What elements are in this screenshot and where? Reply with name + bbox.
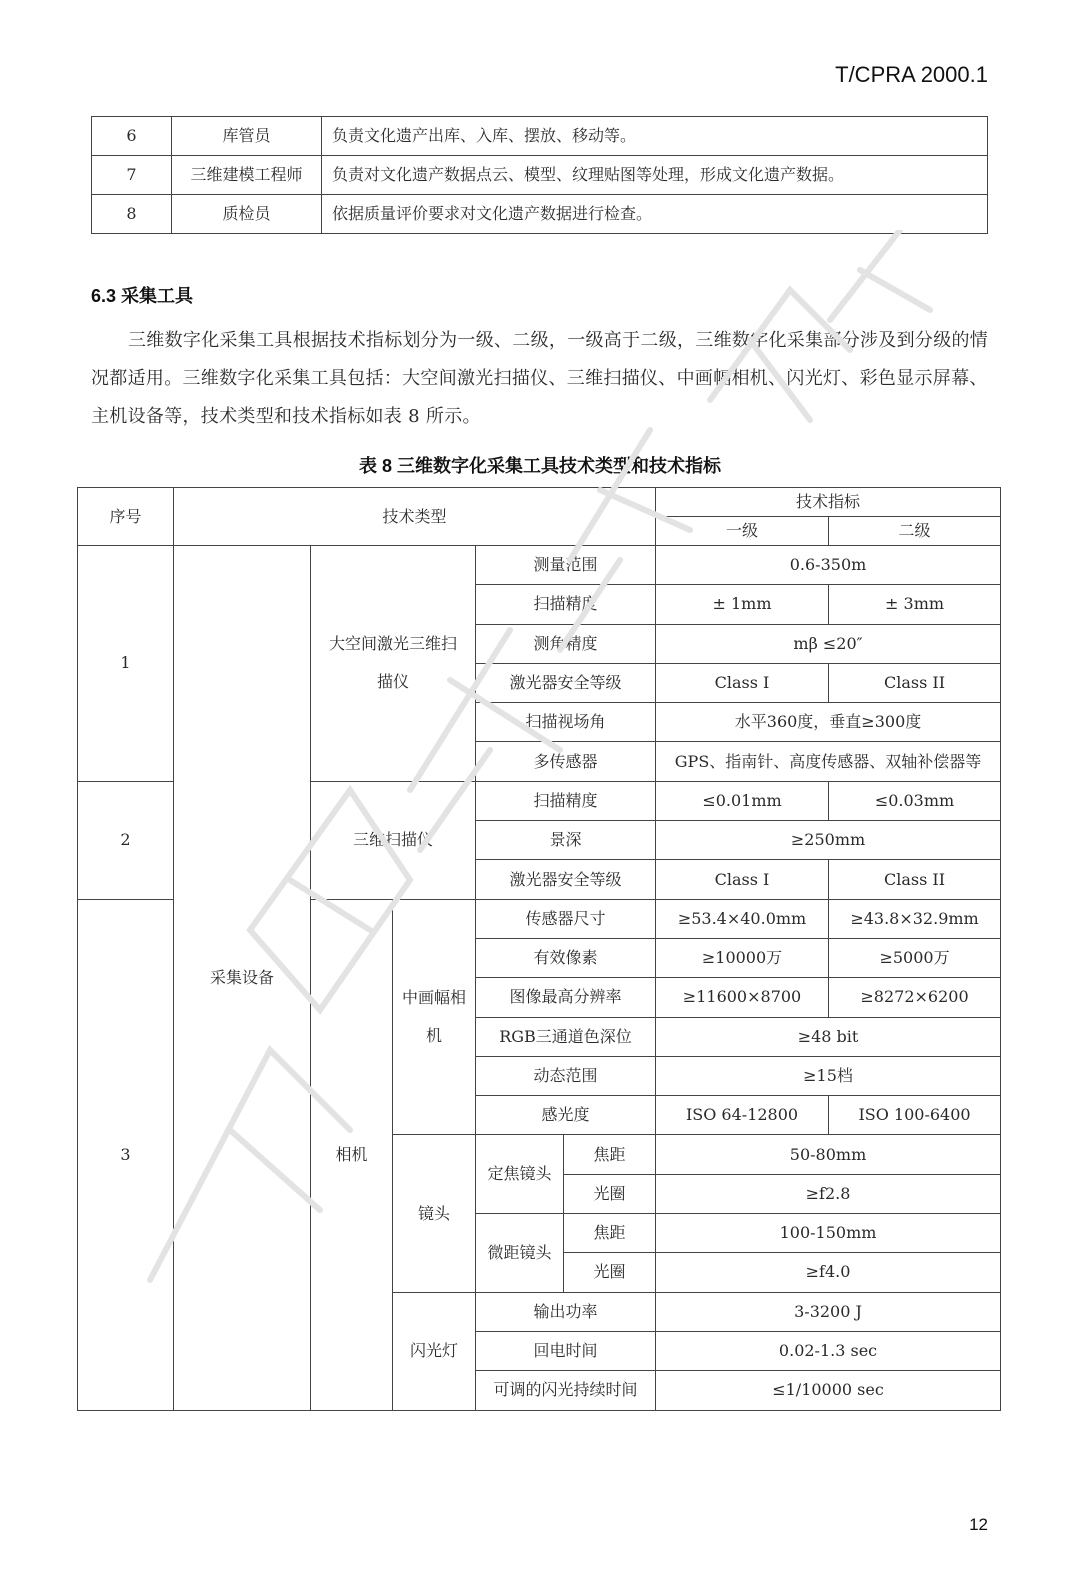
value-level1: ISO 64-12800: [656, 1096, 829, 1135]
item-label: 激光器安全等级: [476, 860, 656, 899]
value-merged: 50-80mm: [656, 1135, 1001, 1174]
spec-table: 序号 技术类型 技术指标 一级 二级 1 采集设备 大空间激光三维扫描仪 测量范…: [77, 487, 1001, 1411]
item-label: 传感器尺寸: [476, 899, 656, 938]
page-number: 12: [969, 1515, 988, 1535]
value-level1: ± 1mm: [656, 585, 829, 624]
value-level2: ≥8272×6200: [829, 978, 1001, 1017]
value-merged: 100-150mm: [656, 1214, 1001, 1253]
header-no: 序号: [78, 488, 174, 546]
table-row: 8 质检员 依据质量评价要求对文化遗产数据进行检查。: [92, 195, 988, 234]
table-caption: 表 8 三维数字化采集工具技术类型和技术指标: [0, 452, 1080, 478]
item-label: RGB三通道色深位: [476, 1017, 656, 1056]
group-number: 1: [78, 546, 174, 782]
value-merged: ≥f2.8: [656, 1174, 1001, 1213]
role-description: 负责对文化遗产数据点云、模型、纹理贴图等处理，形成文化遗产数据。: [322, 156, 988, 195]
item-label: 焦距: [564, 1135, 656, 1174]
value-level1: Class Ⅰ: [656, 860, 829, 899]
value-level1: ≥11600×8700: [656, 978, 829, 1017]
table-row: 1 采集设备 大空间激光三维扫描仪 测量范围 0.6-350m: [78, 546, 1001, 585]
item-label: 扫描精度: [476, 781, 656, 820]
value-level2: ≥5000万: [829, 938, 1001, 977]
subgroup-camera: 中画幅相机: [393, 899, 476, 1135]
value-level2: Class II: [829, 663, 1001, 702]
value-level1: ≥10000万: [656, 938, 829, 977]
header-type: 技术类型: [174, 488, 656, 546]
header-indicator: 技术指标: [656, 488, 1001, 517]
value-merged: GPS、指南针、高度传感器、双轴补偿器等: [656, 742, 1001, 781]
item-label: 焦距: [564, 1214, 656, 1253]
value-merged: 水平360度，垂直≥300度: [656, 703, 1001, 742]
role-name: 库管员: [172, 117, 322, 156]
value-level2: ± 3mm: [829, 585, 1001, 624]
value-merged: 3-3200 J: [656, 1292, 1001, 1331]
table-row: 6 库管员 负责文化遗产出库、入库、摆放、移动等。: [92, 117, 988, 156]
table-row: 7 三维建模工程师 负责对文化遗产数据点云、模型、纹理贴图等处理，形成文化遗产数…: [92, 156, 988, 195]
value-level2: ≤0.03mm: [829, 781, 1001, 820]
subgroup-flash: 闪光灯: [393, 1292, 476, 1410]
subgroup-lens: 镜头: [393, 1135, 476, 1292]
header-level2: 二级: [829, 517, 1001, 546]
item-label: 动态范围: [476, 1056, 656, 1095]
role-name: 质检员: [172, 195, 322, 234]
roles-table: 6 库管员 负责文化遗产出库、入库、摆放、移动等。 7 三维建模工程师 负责对文…: [91, 116, 988, 234]
category-label: 采集设备: [174, 546, 311, 1411]
item-label: 光圈: [564, 1253, 656, 1292]
lens-fixed-label: 定焦镜头: [476, 1135, 564, 1214]
item-label: 扫描精度: [476, 585, 656, 624]
value-level1: ≥53.4×40.0mm: [656, 899, 829, 938]
value-merged: 0.02-1.3 sec: [656, 1331, 1001, 1370]
value-level2: ≥43.8×32.9mm: [829, 899, 1001, 938]
value-merged: ≤1/10000 sec: [656, 1371, 1001, 1410]
value-level2: ISO 100-6400: [829, 1096, 1001, 1135]
document-code: T/CPRA 2000.1: [835, 62, 988, 88]
value-merged: ≥48 bit: [656, 1017, 1001, 1056]
value-merged: 0.6-350m: [656, 546, 1001, 585]
value-level1: ≤0.01mm: [656, 781, 829, 820]
item-label: 图像最高分辨率: [476, 978, 656, 1017]
header-row: 序号 技术类型 技术指标: [78, 488, 1001, 517]
value-merged: ≥f4.0: [656, 1253, 1001, 1292]
value-level2: Class II: [829, 860, 1001, 899]
role-description: 负责文化遗产出库、入库、摆放、移动等。: [322, 117, 988, 156]
group-number: 2: [78, 781, 174, 899]
value-level1: Class I: [656, 663, 829, 702]
item-label: 输出功率: [476, 1292, 656, 1331]
item-label: 景深: [476, 821, 656, 860]
role-name: 三维建模工程师: [172, 156, 322, 195]
group-name: 大空间激光三维扫描仪: [311, 546, 476, 782]
group-number: 3: [78, 899, 174, 1410]
role-number: 8: [92, 195, 172, 234]
item-label: 测角精度: [476, 624, 656, 663]
item-label: 有效像素: [476, 938, 656, 977]
group-name: 三维扫描仪: [311, 781, 476, 899]
value-merged: ≥250mm: [656, 821, 1001, 860]
item-label: 可调的闪光持续时间: [476, 1371, 656, 1410]
item-label: 测量范围: [476, 546, 656, 585]
value-merged: mβ ≤20″: [656, 624, 1001, 663]
section-paragraph: 三维数字化采集工具根据技术指标划分为一级、二级，一级高于二级，三维数字化采集部分…: [91, 322, 991, 436]
item-label: 扫描视场角: [476, 703, 656, 742]
item-label: 激光器安全等级: [476, 663, 656, 702]
value-merged: ≥15档: [656, 1056, 1001, 1095]
lens-macro-label: 微距镜头: [476, 1214, 564, 1293]
section-heading: 6.3 采集工具: [91, 282, 193, 308]
group-name: 相机: [311, 899, 393, 1410]
item-label: 多传感器: [476, 742, 656, 781]
role-description: 依据质量评价要求对文化遗产数据进行检查。: [322, 195, 988, 234]
header-level1: 一级: [656, 517, 829, 546]
role-number: 6: [92, 117, 172, 156]
item-label: 光圈: [564, 1174, 656, 1213]
item-label: 回电时间: [476, 1331, 656, 1370]
role-number: 7: [92, 156, 172, 195]
item-label: 感光度: [476, 1096, 656, 1135]
